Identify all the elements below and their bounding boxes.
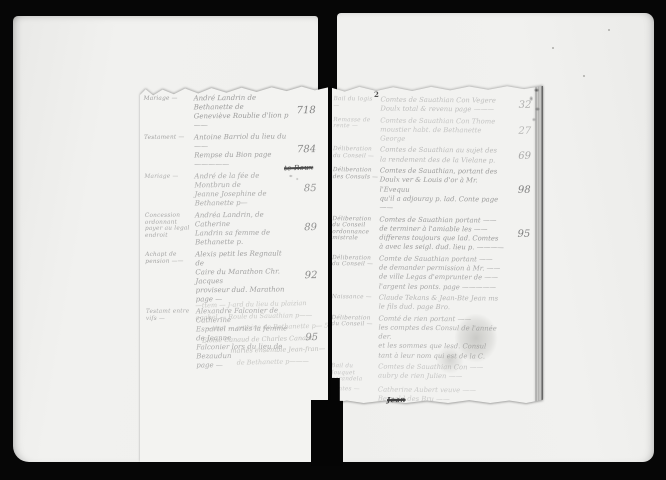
entry-description: André Landrin de Bethanette deGeneviève … [194, 93, 290, 130]
struck-word: te Roux [284, 163, 313, 172]
entry-category-label: Achapt de pension —— [145, 250, 195, 265]
entry-line: André de la fée de Montbrun de [194, 171, 290, 190]
entry-line: les comptes des Consul de l'année der. [378, 323, 503, 343]
entry-line: tant à leur nom qui est de la C. [378, 351, 503, 361]
entry-page-number: 95 [504, 230, 530, 240]
index-entry: Déliberation du Conseil ordonnance mistr… [334, 215, 530, 254]
entry-line: Rempse du Bion page ————— [194, 150, 290, 169]
entry-category-label: Bail du logis — [333, 95, 380, 110]
entry-description: Antoine Barriol du lieu du ——Rempse du B… [194, 132, 290, 169]
entry-category-label: Déliberation du Conseil — [332, 314, 379, 329]
entry-line: l'argent les ponts. page ————— [379, 282, 504, 292]
entry-description: Comtes de Sauathian Con ——aubry de rien … [378, 363, 503, 383]
entry-category-label: Mariage — [144, 172, 194, 180]
entry-page-number: 92 [291, 271, 317, 281]
index-entry: Mariage —André Landrin de Bethanette deG… [144, 93, 316, 131]
entry-line: Andréa Landrin, de Catherine [195, 210, 291, 229]
entry-line: Antoine Barriol du lieu du —— [194, 132, 290, 151]
bleedthrough-text: —ttem — J-ard du lieu du plaizianagabel … [195, 297, 337, 369]
index-entry: Naissance —Claude Tekans & Jean-Bte Jean… [334, 293, 530, 313]
struck-word: Jean [387, 395, 406, 404]
entry-description: Comte de Sauathian portant ——de demander… [379, 254, 504, 292]
index-entry: Bail du Jouquet garandelaComtes de Sauat… [333, 362, 529, 384]
entry-description: Comté de rien portant ——les comptes des … [378, 314, 503, 362]
entry-page-number: 98 [505, 186, 531, 196]
entry-description: Claude Tekans & Jean-Bte Jean msle fils … [379, 293, 504, 313]
entry-category-label: Remasse de rente — [333, 116, 380, 131]
entry-description: Comtes de Sauathian Con Thomemoustier ha… [380, 116, 505, 145]
entry-line: la rendement des de la Vielane p. [380, 155, 505, 165]
entry-category-label: Naissance — [332, 293, 379, 301]
entry-category-label: Testamt entre vifs — [146, 307, 196, 322]
entry-category-label: Mariage — [144, 94, 194, 102]
entry-page-number: 27 [505, 126, 531, 136]
index-entry: Achapt de pension ——Alexis petit les Reg… [145, 249, 318, 305]
entry-category-label: Déliberation du Conseil — [332, 254, 379, 269]
entry-description: André de la fée de Montbrun deJeanne Jos… [194, 171, 290, 208]
entry-description: Comtes de Sauathian portant ——de termine… [379, 215, 504, 253]
index-entry: Ventes —Catherine Aubert veuve ——Bernald… [333, 385, 529, 403]
entry-line: qu'il a adjouray p. lad. Conte page —— [379, 195, 504, 215]
entry-page-number: 784 [290, 145, 316, 155]
entry-description: Andréa Landrin, de CatherineLandrin sa f… [195, 210, 291, 247]
right-index-entries: Bail du logis —Comtes de Sauathian Con V… [333, 95, 532, 403]
entry-line: le fils dud. page Bro. [379, 303, 504, 313]
entry-category-label: Déliberation des Consuls — [333, 166, 380, 181]
entry-page-number: 69 [505, 151, 531, 161]
entry-line: Doulx ver & Louis d'or à Mr. l'Evequu [380, 176, 505, 196]
page-edge-shadow [533, 84, 543, 403]
paper-speck [608, 29, 610, 31]
entry-category-label: Concession ordonnant payer au legal endr… [145, 211, 195, 239]
entry-description: Comtes de Sauathian Con VegereDoulx tota… [380, 96, 505, 116]
right-manuscript-page: 2 Bail du logis —Comtes de Sauathian Con… [332, 84, 543, 403]
index-entry: Déliberation des Consuls —Comtes de Saua… [334, 166, 530, 214]
entry-category-label: Testament — [144, 133, 194, 141]
index-entry: Remasse de rente —Comtes de Sauathian Co… [335, 116, 531, 146]
entry-category-label: Déliberation du Conseil ordonnance mistr… [332, 215, 379, 243]
index-entry: Mariage —André de la fée de Montbrun deJ… [144, 171, 316, 209]
left-manuscript-page: Mariage —André Landrin de Bethanette deG… [140, 84, 328, 462]
entry-line: Landrin sa femme de Bethanette p. [195, 228, 291, 247]
index-entry: Concession ordonnant payer au legal endr… [145, 210, 317, 248]
index-entry: Bail du logis —Comtes de Sauathian Con V… [335, 95, 531, 115]
entry-line: aubry de rien Julien —— [378, 372, 503, 382]
entry-line: à avec les seigl. dud. lieu p. ———— [379, 243, 504, 253]
entry-page-number: 32 [505, 101, 531, 111]
entry-line: moustier habt. de Bethanette George [380, 125, 505, 145]
paper-speck [552, 47, 554, 49]
index-entry: Déliberation du Conseil —Comté de rien p… [333, 314, 529, 362]
scanned-document: Mariage —André Landrin de Bethanette deG… [0, 0, 666, 480]
entry-line: Caire du Marathon Chr. Jacques [195, 267, 291, 286]
entry-description: Comtes de Sauathian au sujet desla rende… [380, 146, 505, 166]
right-manuscript-surface: 2 Bail du logis —Comtes de Sauathian Con… [332, 84, 543, 403]
entry-page-number: 89 [291, 223, 317, 233]
entry-line: Geneviève Roublie d'lion p —— [194, 111, 290, 130]
entry-category-label: Déliberation du Conseil — [333, 146, 380, 161]
index-entry: Déliberation du Conseil —Comtes de Sauat… [335, 146, 531, 166]
entry-page-number: 85 [290, 184, 316, 194]
entry-page-number: 718 [290, 106, 316, 116]
entry-description: Comtes de Sauathian, portant desDoulx ve… [379, 167, 504, 215]
entry-line: Alexis petit les Regnault de [195, 249, 291, 268]
left-manuscript-surface: Mariage —André Landrin de Bethanette deG… [140, 84, 328, 462]
entry-description: Alexis petit les Regnault deCaire du Mar… [195, 249, 292, 304]
entry-line: Doulx total & revenu page ——— [380, 105, 505, 115]
entry-line: André Landrin de Bethanette de [194, 93, 290, 112]
index-entry: Déliberation du Conseil —Comte de Sauath… [334, 254, 530, 293]
entry-line: Jeanne Josephine de Bethanette p— [195, 189, 291, 208]
paper-speck [583, 75, 585, 77]
